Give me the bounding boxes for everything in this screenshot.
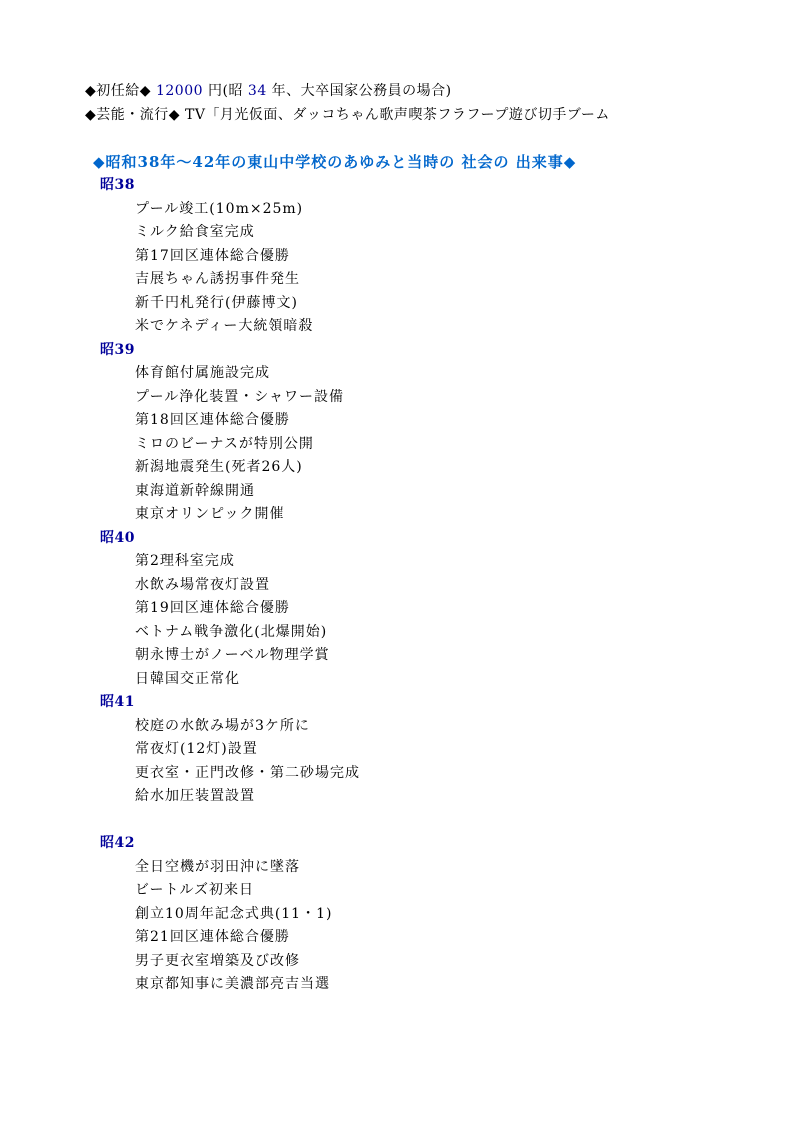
timeline-item: 体育館付属施設完成 (135, 362, 764, 386)
timeline-item: 新千円札発行(伊藤博文) (135, 292, 764, 316)
blank-line (85, 127, 764, 151)
timeline-item: プール浄化装置・シャワー設備 (135, 386, 764, 410)
timeline-item: 更衣室・正門改修・第二砂場完成 (135, 762, 764, 786)
year-label: 昭40 (100, 527, 764, 551)
timeline-item: 日韓国交正常化 (135, 668, 764, 692)
timeline-item: 第2理科室完成 (135, 550, 764, 574)
timeline-item: 第17回区連体総合優勝 (135, 245, 764, 269)
document-page: ◆初任給◆ 12000 円(昭 34 年、大卒国家公務員の場合) ◆芸能・流行◆… (0, 0, 794, 1123)
page-title: ◆昭和38年～42年の東山中学校のあゆみと当時の 社会の 出来事◆ (93, 151, 764, 175)
timeline-item: 水飲み場常夜灯設置 (135, 574, 764, 598)
timeline-item: 東京オリンピック開催 (135, 503, 764, 527)
tv-label: TV (185, 107, 205, 123)
timeline-item: 東京都知事に美濃部亮吉当選 (135, 973, 764, 997)
timeline-item: 第19回区連体総合優勝 (135, 597, 764, 621)
timeline-section-showa40: 昭40 第2理科室完成 水飲み場常夜灯設置 第19回区連体総合優勝 ベトナム戦争… (85, 527, 764, 692)
blank-line (85, 809, 764, 833)
timeline-item: 米でケネディー大統領暗殺 (135, 315, 764, 339)
timeline-item: 男子更衣室増築及び改修 (135, 950, 764, 974)
intro-line-starting-salary: ◆初任給◆ 12000 円(昭 34 年、大卒国家公務員の場合) (85, 80, 764, 104)
year-label: 昭42 (100, 832, 764, 856)
timeline-item: ベトナム戦争激化(北爆開始) (135, 621, 764, 645)
timeline-item: 第21回区連体総合優勝 (135, 926, 764, 950)
timeline-item: ミロのビーナスが特別公開 (135, 433, 764, 457)
intro-line-1-text: 円(昭 (203, 83, 248, 99)
timeline-item: 常夜灯(12灯)設置 (135, 738, 764, 762)
year-label: 昭39 (100, 339, 764, 363)
timeline-item: 校庭の水飲み場が3ケ所に (135, 715, 764, 739)
year-label: 昭41 (100, 691, 764, 715)
intro-line-2-text: ◆芸能・流行◆ (85, 107, 185, 123)
timeline-section-showa42: 昭42 全日空機が羽田沖に墜落 ビートルズ初来日 創立10周年記念式典(11・1… (85, 832, 764, 997)
intro-line-1-text: 年、大卒国家公務員の場合) (267, 83, 452, 99)
timeline-item: 東海道新幹線開通 (135, 480, 764, 504)
intro-line-2-text: 「月光仮面、ダッコちゃん歌声喫茶フラフープ遊び切手ブーム (205, 107, 609, 123)
timeline-item: 新潟地震発生(死者26人) (135, 456, 764, 480)
showa-year-number: 34 (248, 83, 267, 99)
intro-line-entertainment-trends: ◆芸能・流行◆ TV「月光仮面、ダッコちゃん歌声喫茶フラフープ遊び切手ブーム (85, 104, 764, 128)
timeline-item: 創立10周年記念式典(11・1) (135, 903, 764, 927)
starting-salary-amount: 12000 (156, 83, 203, 99)
timeline-item: ミルク給食室完成 (135, 221, 764, 245)
timeline-item: ビートルズ初来日 (135, 879, 764, 903)
timeline-item: 全日空機が羽田沖に墜落 (135, 856, 764, 880)
timeline-section-showa39: 昭39 体育館付属施設完成 プール浄化装置・シャワー設備 第18回区連体総合優勝… (85, 339, 764, 527)
timeline-item: 朝永博士がノーベル物理学賞 (135, 644, 764, 668)
timeline-item: 吉展ちゃん誘拐事件発生 (135, 268, 764, 292)
timeline-item: プール竣工(10m×25m) (135, 198, 764, 222)
timeline-item: 給水加圧装置設置 (135, 785, 764, 809)
intro-line-1-text: ◆初任給◆ (85, 83, 156, 99)
timeline-section-showa41: 昭41 校庭の水飲み場が3ケ所に 常夜灯(12灯)設置 更衣室・正門改修・第二砂… (85, 691, 764, 809)
timeline-item: 第18回区連体総合優勝 (135, 409, 764, 433)
year-label: 昭38 (100, 174, 764, 198)
timeline-section-showa38: 昭38 プール竣工(10m×25m) ミルク給食室完成 第17回区連体総合優勝 … (85, 174, 764, 339)
